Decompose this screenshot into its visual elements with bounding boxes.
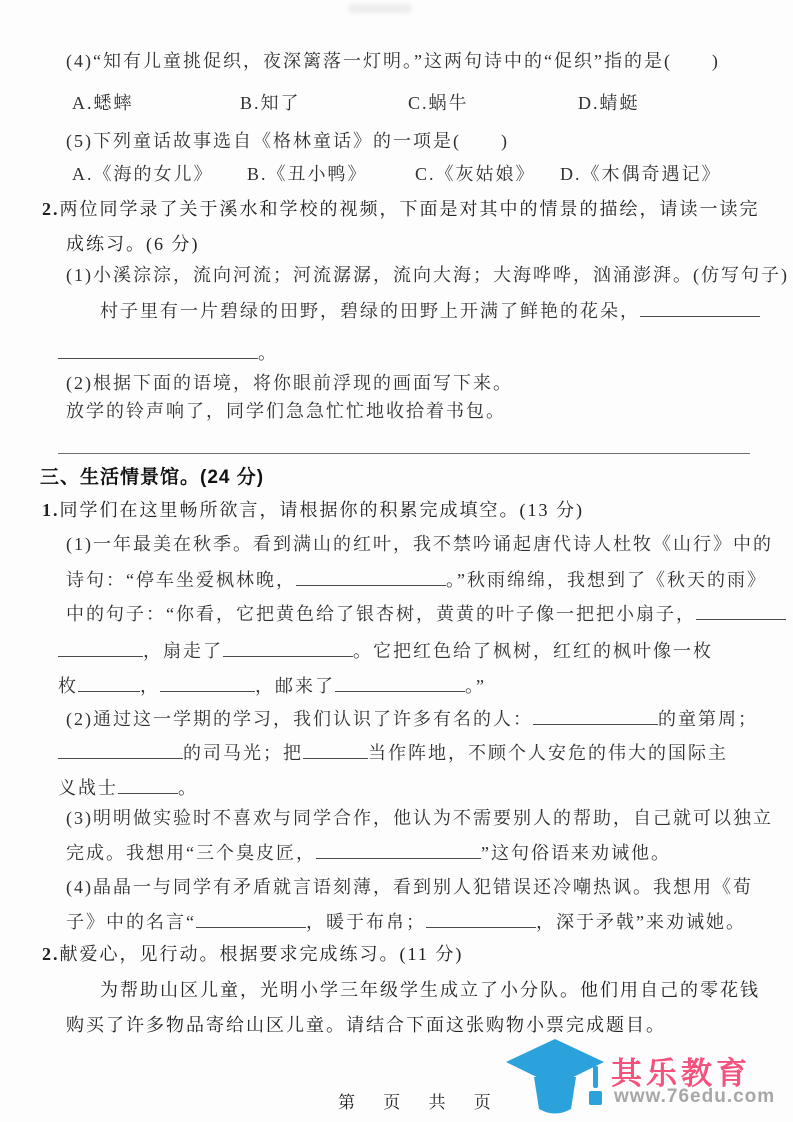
sec3-sub2-line1: (2)通过这一学期的学习，我们认识了许多有名的人：的童第周； — [66, 707, 758, 731]
q4-option-b: B.知了 — [240, 92, 301, 115]
graduation-cap-icon — [503, 1036, 607, 1120]
text-segment: 诗句：“停车坐爱枫林晚， — [66, 570, 296, 590]
section-3-heading: 三、生活情景馆。(24 分) — [40, 466, 264, 490]
text-segment: 三、生活情景馆。(24 分) — [40, 467, 264, 488]
text-segment: 两位同学录了关于溪水和学校的视频，下面是对其中的情景的描绘，请读一读完 — [60, 199, 760, 219]
text-segment: B.知了 — [240, 93, 301, 113]
text-segment: 。 — [258, 343, 278, 363]
item-2-sub1-sentence: 村子里有一片碧绿的田野，碧绿的田野上开满了鲜艳的花朵， — [100, 299, 760, 323]
item-2-intro-cont: 成练习。(6 分) — [66, 233, 200, 256]
item-2-intro: 2.两位同学录了关于溪水和学校的视频，下面是对其中的情景的描绘，请读一读完 — [42, 198, 760, 221]
answer-blank — [58, 639, 143, 657]
answer-blank — [58, 341, 258, 359]
sec3-item-2-para2: 购买了许多物品寄给山区儿童。请结合下面这张购物小票完成题目。 — [66, 1014, 666, 1037]
sec3-sub3-line1: (3)明明做实验时不喜欢与同学合作，他认为不需要别人的帮助，自己就可以独立 — [66, 807, 773, 830]
text-segment: 放学的铃声响了，同学们急急忙忙地收拾着书包。 — [66, 401, 506, 421]
text-segment: 中的句子：“你看，它把黄色给了银杏树，黄黄的叶子像一把把小扇子， — [66, 604, 696, 624]
answer-blank — [303, 741, 368, 759]
text-segment: (4)“知有儿童挑促织，夜深篱落一灯明。”这两句诗中的“促织”指的是( ) — [66, 51, 720, 71]
sec3-sub2-line2: 的司马光；把当作阵地，不顾个人安危的伟大的国际主 — [58, 741, 728, 765]
answer-blank — [426, 910, 536, 928]
text-segment: 2. — [42, 944, 60, 964]
answer-blank — [296, 568, 446, 586]
scan-artifact — [348, 4, 412, 13]
text-segment: 1. — [42, 500, 60, 520]
text-segment: (1)一年最美在秋季。看到满山的红叶，我不禁吟诵起唐代诗人杜牧《山行》中的 — [66, 534, 773, 554]
text-segment: ，邮来了 — [255, 676, 335, 696]
text-segment: ，暖于布帛； — [306, 912, 426, 932]
question-4: (4)“知有儿童挑促织，夜深篱落一灯明。”这两句诗中的“促织”指的是( ) — [66, 50, 720, 73]
sec3-sub1-line2: 诗句：“停车坐爱枫林晚，。”秋雨绵绵，我想到了《秋天的雨》 — [66, 568, 767, 592]
answer-blank — [58, 741, 183, 759]
text-segment: (1)小溪淙淙，流向河流；河流潺潺，流向大海；大海哗哗，汹涌澎湃。(仿写句子) — [66, 265, 789, 285]
q4-option-d: D.蜻蜓 — [578, 92, 640, 115]
sec3-item-2-para1: 为帮助山区儿童，光明小学三年级学生成立了小分队。他们用自己的零花钱 — [100, 979, 760, 1002]
text-segment: A.蟋蟀 — [72, 93, 134, 113]
text-segment: D.蜻蜓 — [578, 93, 640, 113]
answer-blank — [335, 674, 465, 692]
text-segment: (2)通过这一学期的学习，我们认识了许多有名的人： — [66, 709, 533, 729]
text-segment: 。它把红色给了枫树，红红的枫叶像一枚 — [353, 641, 713, 661]
q4-option-c: C.蜗牛 — [408, 92, 469, 115]
exam-page: (4)“知有儿童挑促织，夜深篱落一灯明。”这两句诗中的“促织”指的是( )A.蟋… — [0, 0, 793, 1122]
text-segment: 为帮助山区儿童，光明小学三年级学生成立了小分队。他们用自己的零花钱 — [100, 980, 760, 1000]
question-5: (5)下列童话故事选自《格林童话》的一项是( ) — [66, 130, 509, 153]
q5-option-b: B.《丑小鸭》 — [247, 163, 368, 186]
item-2-sub2: (2)根据下面的语境，将你眼前浮现的画面写下来。 — [66, 372, 513, 395]
brand-website: www.76edu.com — [614, 1086, 775, 1108]
text-segment: (4)晶晶一与同学有矛盾就言语刻薄，看到别人犯错误还冷嘲热讽。我想用《荀 — [66, 877, 753, 897]
answer-blank — [160, 674, 255, 692]
sec3-sub1-line4: ，扇走了。它把红色给了枫树，红红的枫叶像一枚 — [58, 639, 713, 663]
answer-rule — [58, 453, 750, 454]
text-segment: 完成。我想用“三个臭皮匠， — [66, 843, 316, 863]
text-segment: 义战士 — [58, 778, 118, 798]
sec3-sub1-line3: 中的句子：“你看，它把黄色给了银杏树，黄黄的叶子像一把把小扇子， — [66, 602, 786, 626]
q5-option-c: C.《灰姑娘》 — [415, 163, 536, 186]
text-segment: (3)明明做实验时不喜欢与同学合作，他认为不需要别人的帮助，自己就可以独立 — [66, 808, 773, 828]
text-segment: ，扇走了 — [143, 641, 223, 661]
text-segment: 。 — [178, 778, 198, 798]
sec3-sub2-line3: 义战士。 — [58, 776, 198, 800]
text-segment: 枚 — [58, 676, 78, 696]
q5-option-a: A.《海的女儿》 — [72, 163, 214, 186]
text-segment: 子》中的名言“ — [66, 912, 196, 932]
text-segment: ，深于矛戟”来劝诫她。 — [536, 912, 746, 932]
answer-blank — [223, 639, 353, 657]
text-segment: (5)下列童话故事选自《格林童话》的一项是( ) — [66, 131, 509, 151]
text-segment: 同学们在这里畅所欲言，请根据你的积累完成填空。(13 分) — [60, 500, 585, 520]
sec3-sub4-line2: 子》中的名言“，暖于布帛；，深于矛戟”来劝诫她。 — [66, 910, 746, 934]
item-2-sub1: (1)小溪淙淙，流向河流；河流潺潺，流向大海；大海哗哗，汹涌澎湃。(仿写句子) — [66, 264, 789, 287]
text-segment: 当作阵地，不顾个人安危的伟大的国际主 — [368, 743, 728, 763]
answer-blank — [696, 602, 786, 620]
text-segment: 的司马光；把 — [183, 743, 303, 763]
text-segment: C.《灰姑娘》 — [415, 164, 536, 184]
publisher-logo: 其乐教育 www.76edu.com — [503, 1036, 789, 1120]
text-segment: C.蜗牛 — [408, 93, 469, 113]
sec3-item-2: 2.献爱心，见行动。根据要求完成练习。(11 分) — [42, 943, 463, 966]
answer-blank — [640, 299, 760, 317]
text-segment: (2)根据下面的语境，将你眼前浮现的画面写下来。 — [66, 373, 513, 393]
item-2-sub1-blankline: 。 — [58, 341, 278, 365]
text-segment: ”这句俗语来劝诫他。 — [481, 843, 671, 863]
answer-blank — [78, 674, 140, 692]
sec3-sub3-line2: 完成。我想用“三个臭皮匠，”这句俗语来劝诫他。 — [66, 841, 671, 865]
sec3-sub4-line1: (4)晶晶一与同学有矛盾就言语刻薄，看到别人犯错误还冷嘲热讽。我想用《荀 — [66, 876, 753, 899]
sec3-sub1-line1: (1)一年最美在秋季。看到满山的红叶，我不禁吟诵起唐代诗人杜牧《山行》中的 — [66, 533, 773, 556]
item-2-sub2-context: 放学的铃声响了，同学们急急忙忙地收拾着书包。 — [66, 400, 506, 423]
q4-option-a: A.蟋蟀 — [72, 92, 134, 115]
text-segment: ， — [140, 676, 160, 696]
answer-blank — [316, 841, 481, 859]
answer-blank — [533, 707, 658, 725]
text-segment: A.《海的女儿》 — [72, 164, 214, 184]
answer-blank — [196, 910, 306, 928]
text-segment: B.《丑小鸭》 — [247, 164, 368, 184]
text-segment: 献爱心，见行动。根据要求完成练习。(11 分) — [60, 944, 464, 964]
text-segment: 成练习。(6 分) — [66, 234, 200, 254]
page-footer: 第 页 共 页 — [338, 1088, 503, 1113]
text-segment: 2. — [42, 199, 60, 219]
text-segment: 。” — [465, 676, 486, 696]
text-segment: D.《木偶奇遇记》 — [560, 164, 722, 184]
sec3-item-1: 1.同学们在这里畅所欲言，请根据你的积累完成填空。(13 分) — [42, 499, 584, 522]
text-segment: 。”秋雨绵绵，我想到了《秋天的雨》 — [446, 570, 767, 590]
sec3-sub1-line5: 枚，，邮来了。” — [58, 674, 486, 698]
text-segment: 购买了许多物品寄给山区儿童。请结合下面这张购物小票完成题目。 — [66, 1015, 666, 1035]
text-segment: 村子里有一片碧绿的田野，碧绿的田野上开满了鲜艳的花朵， — [100, 301, 640, 321]
text-segment: 的童第周； — [658, 709, 758, 729]
answer-blank — [118, 776, 178, 794]
q5-option-d: D.《木偶奇遇记》 — [560, 163, 722, 186]
